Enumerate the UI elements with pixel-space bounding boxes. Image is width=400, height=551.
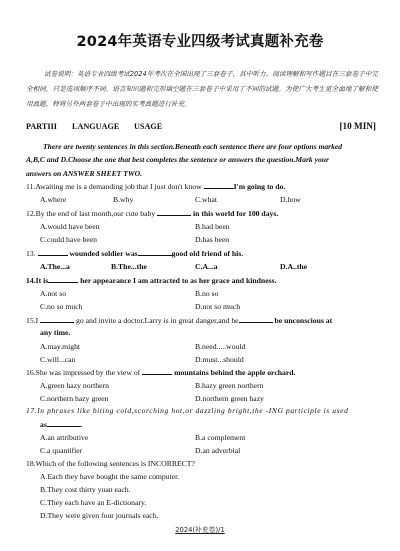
question-11: 11.Awaiting me is a demanding job that I… [26,181,285,191]
option-a: A.not so [40,289,66,298]
option-b: B.had been [195,222,230,231]
page-title: 2024年英语专业四级考试真题补充卷 [0,30,400,51]
answer-blank [47,419,81,427]
question-13: 13. wounded soldier wasgood old friend o… [26,248,243,258]
option-a: A.an attributive [40,433,88,442]
option-c: C.a quantifier [40,446,82,455]
page-number: 2024(补充卷)/1 [175,526,225,534]
question-15-continued: any time. [40,328,70,337]
question-14: 14.It is her appearance I am attracted t… [26,275,277,285]
part-sub: USAGE [134,122,162,131]
answer-blank [204,181,234,189]
option-b: B.They cost thirty yuan each. [40,485,131,494]
option-a: A.may.might [40,342,80,351]
option-d: D.must...should [195,355,244,364]
exam-instructions: 试卷说明：英语专业四级考试2024年考次在全国出现了三套卷子，其中听力、阅读理解… [26,67,378,112]
answer-blank [48,275,78,283]
option-d: D.northern green hazy [195,394,264,403]
option-a: A.where [40,195,66,204]
directions-line: There are twenty sentences in this secti… [26,140,378,153]
directions-line: answers on ANSWER SHEET TWO. [26,167,378,180]
option-d: D.an adverbial [195,446,240,455]
question-18: 18.Which of the following sentences is I… [26,459,195,468]
option-d: D.has been [195,235,229,244]
question-16: 16.She was impressed by the view of moun… [26,367,295,377]
question-17: 17.In phrases like biting cold,scorching… [26,406,376,415]
exam-page: 2024年英语专业四级考试真题补充卷 试卷说明：英语专业四级考试2024年考次在… [0,0,400,551]
option-d: D.A..the [280,262,307,271]
option-b: B.hazy green northern [195,381,264,390]
question-12: 12.By the end of last month,our cute bab… [26,208,278,218]
option-c: C.northern hazy green [40,394,109,403]
part-label: PARTIII [26,122,72,131]
section-header: PARTIIILANGUAGEUSAGE [10 MIN] [26,122,376,131]
page-footer: 2024(补充卷)/1 [0,524,400,534]
answer-blank [40,315,74,323]
question-17-continued: as. [40,419,83,429]
part-name: LANGUAGE [72,122,134,131]
option-c: C.They each have an E-dictionary. [40,498,146,507]
answer-blank [157,208,191,216]
section-directions: There are twenty sentences in this secti… [26,140,378,180]
option-b: B.no so [195,289,219,298]
option-a: A.Each they have bought the same compute… [40,472,179,481]
time-limit: [10 MIN] [340,121,377,131]
option-b: B.need.....would [195,342,245,351]
option-c: C.A...a [195,262,218,271]
option-c: C.could have been [40,235,97,244]
option-c: C.will...can [40,355,75,364]
option-d: D.not so much [195,302,240,311]
answer-blank [138,248,172,256]
option-a: A.The...a [40,262,70,271]
directions-line: A,B,C and D.Choose the one that best com… [26,153,378,166]
answer-blank [142,367,172,375]
option-b: B.why [113,195,133,204]
answer-blank [239,315,273,323]
option-d: D.They were given four journals each. [40,511,158,520]
option-a: A.green hazy northern [40,381,109,390]
answer-blank [38,248,68,256]
option-a: A.would have been [40,222,100,231]
option-c: C.what [195,195,217,204]
option-c: C.no so much [40,302,83,311]
option-d: D.how [280,195,301,204]
option-b: B.The...the [111,262,147,271]
question-15: 15.I go and invite a doctor.Larry is in … [26,315,332,325]
option-b: B.a complement [195,433,245,442]
